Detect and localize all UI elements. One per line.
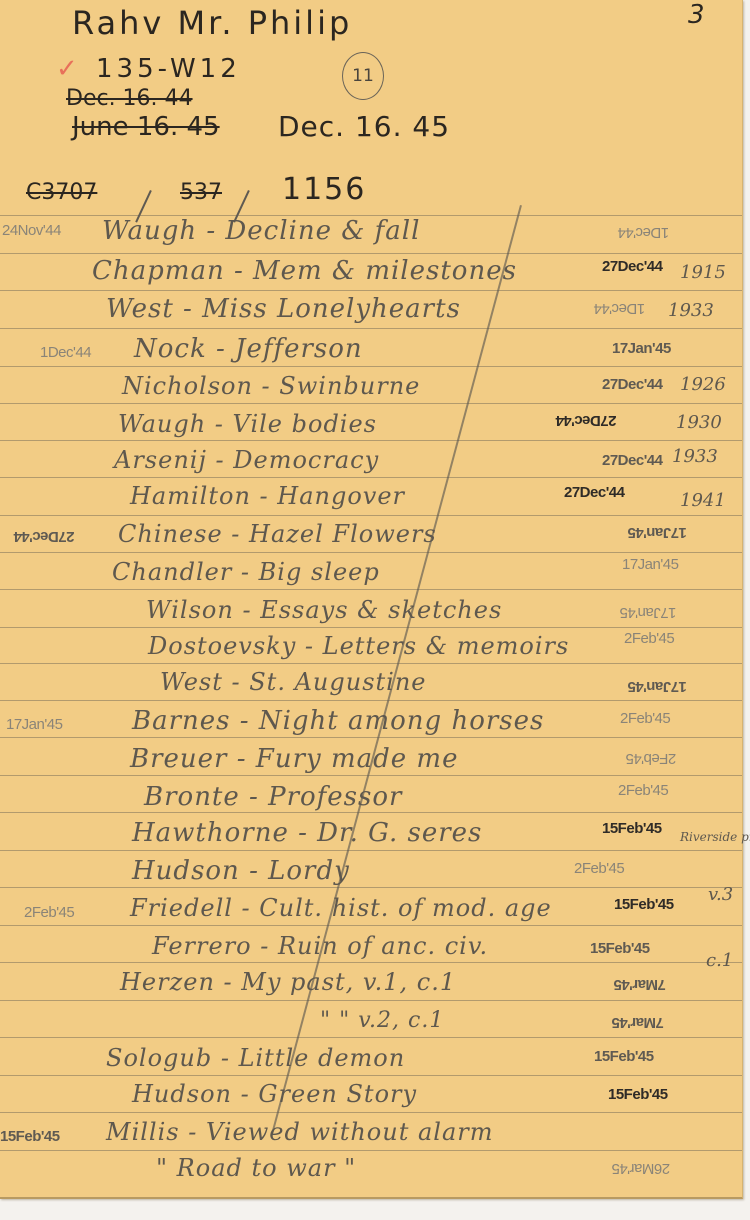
ruled-line [0, 552, 742, 553]
borrower-address: 135-W12 [96, 54, 241, 84]
entry-note: v.3 [708, 884, 733, 905]
entry-note: 1933 [672, 446, 718, 467]
entry-title: Arsenij - Democracy [114, 446, 379, 474]
return-stamp: 15Feb'45 [590, 940, 650, 957]
ruled-line [0, 887, 742, 888]
expiry-date-struck-1: Dec. 16. 44 [66, 86, 193, 111]
checkout-stamp: 27Dec'44 [14, 528, 74, 545]
entry-title: " Road to war " [156, 1154, 356, 1182]
return-stamp: 17Jan'45 [628, 524, 687, 541]
return-stamp: 1Dec'44 [594, 300, 645, 317]
return-stamp: 2Feb'45 [574, 860, 624, 877]
return-stamp: 27Dec'44 [564, 484, 624, 501]
ruled-line [0, 403, 742, 404]
borrower-name: Rahv Mr. Philip [72, 4, 352, 42]
entry-title: Hudson - Lordy [132, 856, 350, 886]
return-stamp: 15Feb'45 [602, 820, 662, 837]
return-stamp: 27Dec'44 [602, 376, 662, 393]
ruled-line [0, 627, 742, 628]
entry-title: Friedell - Cult. hist. of mod. age [130, 894, 552, 922]
ruled-line [0, 962, 742, 963]
ruled-line [0, 1037, 742, 1038]
return-stamp: 7Mar'45 [614, 976, 666, 993]
entry-note: c.1 [706, 950, 733, 971]
ruled-line [0, 775, 742, 776]
expiry-date-current: Dec. 16. 45 [278, 110, 450, 143]
entry-title: " " v.2, c.1 [320, 1008, 444, 1033]
circled-number-text: 11 [352, 66, 374, 86]
entry-title: Waugh - Vile bodies [118, 410, 377, 438]
checkout-stamp: 24Nov'44 [2, 222, 61, 239]
red-checkmark: ✓ [56, 54, 78, 84]
return-stamp: 7Mar'45 [612, 1014, 664, 1031]
return-stamp: 2Feb'45 [626, 750, 676, 767]
entry-note: 1930 [676, 412, 722, 433]
entry-title: Wilson - Essays & sketches [146, 596, 502, 624]
entry-title: Chapman - Mem & milestones [92, 256, 517, 286]
entry-title: Bronte - Professor [144, 782, 402, 812]
ruled-line [0, 440, 742, 441]
entry-title: Sologub - Little demon [106, 1044, 405, 1072]
return-stamp: 17Jan'45 [628, 678, 687, 695]
entry-title: Breuer - Fury made me [130, 744, 458, 774]
entry-note: 1941 [680, 490, 726, 511]
ruled-line [0, 253, 742, 254]
ruled-line [0, 1150, 742, 1151]
entry-title: Barnes - Night among horses [132, 706, 544, 736]
entry-title: Waugh - Decline & fall [102, 216, 420, 246]
entry-title: Nicholson - Swinburne [122, 372, 420, 400]
entry-note: 1933 [668, 300, 714, 321]
ruled-line [0, 515, 742, 516]
ruled-line [0, 1075, 742, 1076]
return-stamp: 15Feb'45 [594, 1048, 654, 1065]
entry-title: Nock - Jefferson [134, 334, 363, 364]
return-stamp: 27Dec'44 [602, 258, 662, 275]
ruled-line [0, 925, 742, 926]
entry-title: Chandler - Big sleep [112, 558, 380, 586]
entry-title: Ferrero - Ruin of anc. civ. [152, 932, 488, 960]
return-stamp: 27Dec'44 [556, 412, 616, 429]
entry-title: Chinese - Hazel Flowers [118, 520, 437, 548]
ruled-line [0, 1000, 742, 1001]
ruled-line [0, 850, 742, 851]
entry-title: Hudson - Green Story [132, 1080, 417, 1108]
card-number-struck-2: 537 [180, 180, 222, 205]
return-stamp: 15Feb'45 [614, 896, 674, 913]
ruled-line [0, 700, 742, 701]
return-stamp: 2Feb'45 [618, 782, 668, 799]
ruled-line [0, 812, 742, 813]
expiry-date-struck-2: June 16. 45 [72, 112, 220, 142]
ruled-line [0, 477, 742, 478]
card-number-current: 1156 [282, 172, 366, 207]
return-stamp: 1Dec'44 [618, 224, 669, 241]
entry-note: 1915 [680, 262, 726, 283]
return-stamp: 15Feb'45 [608, 1086, 668, 1103]
entry-title: West - Miss Lonelyhearts [106, 294, 461, 324]
ruled-line [0, 1112, 742, 1113]
ruled-line [0, 328, 742, 329]
ruled-line [0, 737, 742, 738]
checkout-stamp: 2Feb'45 [24, 904, 74, 921]
ruled-line [0, 366, 742, 367]
checkout-stamp: 1Dec'44 [40, 344, 91, 361]
entry-title: Millis - Viewed without alarm [106, 1118, 494, 1146]
circled-number: 11 [342, 52, 384, 100]
return-stamp: 26Mar'45 [612, 1160, 670, 1177]
entry-title: West - St. Augustine [160, 668, 427, 696]
return-stamp: 17Jan'45 [612, 340, 671, 357]
entry-title: Herzen - My past, v.1, c.1 [120, 968, 456, 996]
entry-title: Hamilton - Hangover [130, 482, 405, 510]
ruled-line [0, 290, 742, 291]
ruled-line [0, 663, 742, 664]
return-stamp: 17Jan'45 [620, 604, 676, 621]
checkout-stamp: 15Feb'45 [0, 1128, 60, 1145]
entry-title: Dostoevsky - Letters & memoirs [148, 632, 569, 660]
page-number: 3 [688, 0, 705, 30]
library-index-card: 3 Rahv Mr. Philip ✓ 135-W12 11 Dec. 16. … [0, 0, 743, 1199]
return-stamp: 2Feb'45 [624, 630, 674, 647]
ruled-line [0, 589, 742, 590]
card-number-struck-1: C3707 [26, 180, 97, 205]
entry-note: 1926 [680, 374, 726, 395]
entry-note: Riverside press [680, 830, 750, 844]
checkout-stamp: 17Jan'45 [6, 716, 62, 733]
return-stamp: 27Dec'44 [602, 452, 662, 469]
entry-title: Hawthorne - Dr. G. seres [132, 818, 482, 848]
return-stamp: 2Feb'45 [620, 710, 670, 727]
return-stamp: 17Jan'45 [622, 556, 678, 573]
